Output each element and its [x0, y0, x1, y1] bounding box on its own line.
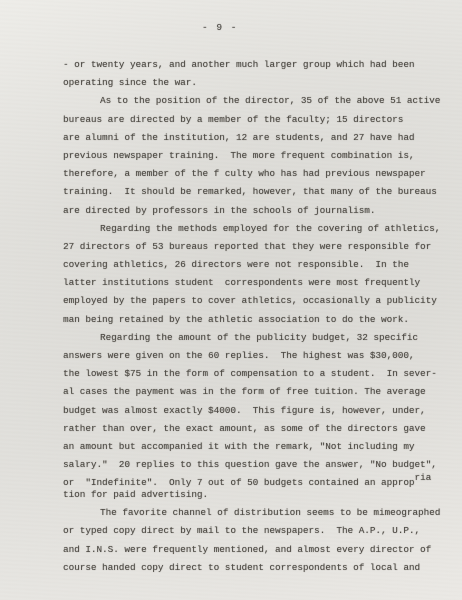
text-line: Regarding the methods employed for the c… — [63, 220, 445, 238]
text-line: training. It should be remarked, however… — [63, 183, 445, 201]
text-line: bureaus are directed by a member of the … — [63, 111, 445, 129]
text-line: answers were given on the 60 replies. Th… — [63, 347, 445, 365]
text-line: al cases the payment was in the form of … — [63, 383, 445, 401]
text-line: operating since the war. — [63, 74, 445, 92]
text-line: course handed copy direct to student cor… — [63, 559, 445, 577]
page-number: - 9 - — [0, 22, 440, 33]
text-line: Regarding the amount of the publicity bu… — [63, 329, 445, 347]
text-line: salary." 20 replies to this question gav… — [63, 456, 445, 474]
text-line: are directed by professors in the school… — [63, 202, 445, 220]
text-line: man being retained by the athletic assoc… — [63, 311, 445, 329]
text-line: are alumni of the institution, 12 are st… — [63, 129, 445, 147]
paragraph: - or twenty years, and another much larg… — [63, 56, 445, 92]
text-line: the lowest $75 in the form of compensati… — [63, 365, 445, 383]
text-line: covering athletics, 26 directors were no… — [63, 256, 445, 274]
text-line: an amount but accompanied it with the re… — [63, 438, 445, 456]
text-line: employed by the papers to cover athletic… — [63, 292, 445, 310]
text-line: latter institutions student corresponden… — [63, 274, 445, 292]
text-line: or typed copy direct by mail to the news… — [63, 522, 445, 540]
text-line: previous newspaper training. The more fr… — [63, 147, 445, 165]
text-line: The favorite channel of distribution see… — [63, 504, 445, 522]
superscript-correction: ria — [414, 472, 431, 483]
paragraph: As to the position of the director, 35 o… — [63, 92, 445, 219]
text-line: and I.N.S. were frequently mentioned, an… — [63, 541, 445, 559]
text-line: therefore, a member of the f culty who h… — [63, 165, 445, 183]
text-line: rather than over, the exact amount, as s… — [63, 420, 445, 438]
paragraph: The favorite channel of distribution see… — [63, 504, 445, 577]
document-body: - or twenty years, and another much larg… — [63, 56, 445, 577]
text-line: budget was almost exactly $4000. This fi… — [63, 402, 445, 420]
text-line: As to the position of the director, 35 o… — [63, 92, 445, 110]
scanned-page: - 9 - - or twenty years, and another muc… — [0, 0, 462, 600]
text-line: 27 directors of 53 bureaus reported that… — [63, 238, 445, 256]
text-line: - or twenty years, and another much larg… — [63, 56, 445, 74]
paragraph: Regarding the amount of the publicity bu… — [63, 329, 445, 504]
paragraph: Regarding the methods employed for the c… — [63, 220, 445, 329]
